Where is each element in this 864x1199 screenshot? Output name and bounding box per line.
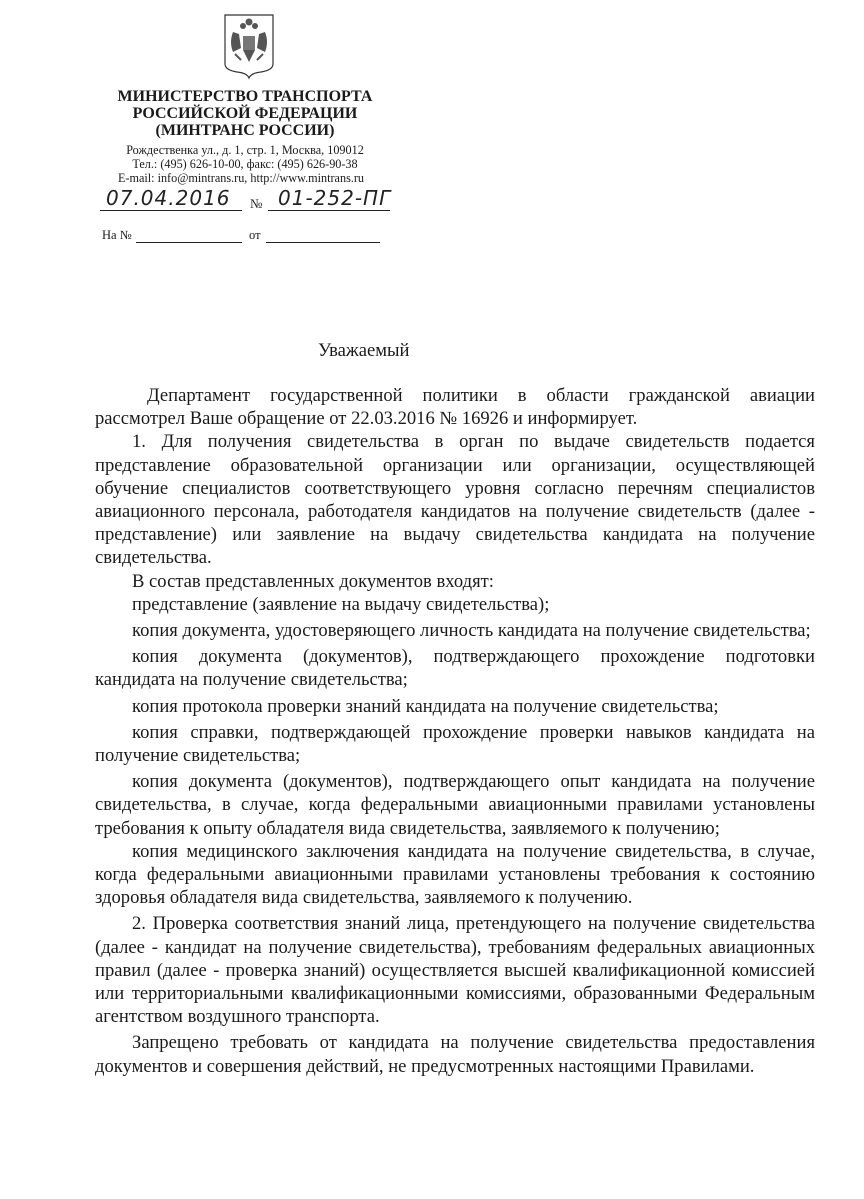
documents-list-item: копия справки, подтверждающей прохождени… bbox=[95, 721, 815, 767]
documents-list-item: копия документа, удостоверяющего личност… bbox=[95, 619, 815, 642]
paragraph-point-1: 1. Для получения свидетельства в орган п… bbox=[95, 430, 815, 569]
closing-paragraph: Запрещено требовать от кандидата на полу… bbox=[95, 1031, 815, 1077]
reply-to-line: На № от bbox=[102, 228, 392, 248]
documents-list-heading: В состав представленных документов входя… bbox=[95, 570, 815, 593]
ministry-title-1: МИНИСТЕРСТВО ТРАНСПОРТА bbox=[100, 88, 390, 105]
documents-list-item: представление (заявление на выдачу свиде… bbox=[95, 593, 815, 616]
coat-of-arms-icon bbox=[221, 12, 277, 80]
number-label: № bbox=[250, 196, 262, 212]
from-label: от bbox=[249, 228, 261, 243]
ministry-email: E-mail: info@mintrans.ru, http://www.min… bbox=[92, 171, 390, 185]
documents-list-item: копия протокола проверки знаний кандидат… bbox=[95, 695, 815, 718]
documents-list-item: копия документа (документов), подтвержда… bbox=[95, 770, 815, 840]
documents-list-item: копия документа (документов), подтвержда… bbox=[95, 645, 815, 691]
reply-to-label: На № bbox=[102, 228, 132, 243]
ministry-phone: Тел.: (495) 626-10-00, факс: (495) 626-9… bbox=[100, 157, 390, 171]
ministry-title-3: (МИНТРАНС РОССИИ) bbox=[100, 122, 390, 139]
ministry-address: Рождественка ул., д. 1, стр. 1, Москва, … bbox=[100, 143, 390, 157]
letter-body: Департамент государственной политики в о… bbox=[95, 384, 815, 1078]
letter-number: 01-252-ПГ bbox=[278, 186, 391, 210]
paragraph-point-2: 2. Проверка соответствия знаний лица, пр… bbox=[95, 912, 815, 1028]
registration-line: 07.04.2016 № 01-252-ПГ bbox=[100, 190, 400, 214]
letter-date: 07.04.2016 bbox=[106, 186, 231, 210]
greeting: Уважаемый bbox=[318, 340, 409, 362]
intro-paragraph: Департамент государственной политики в о… bbox=[95, 384, 815, 430]
documents-list-item: копия медицинского заключения кандидата … bbox=[95, 840, 815, 910]
letterhead: МИНИСТЕРСТВО ТРАНСПОРТА РОССИЙСКОЙ ФЕДЕР… bbox=[100, 88, 390, 185]
ministry-title-2: РОССИЙСКОЙ ФЕДЕРАЦИИ bbox=[100, 105, 390, 122]
